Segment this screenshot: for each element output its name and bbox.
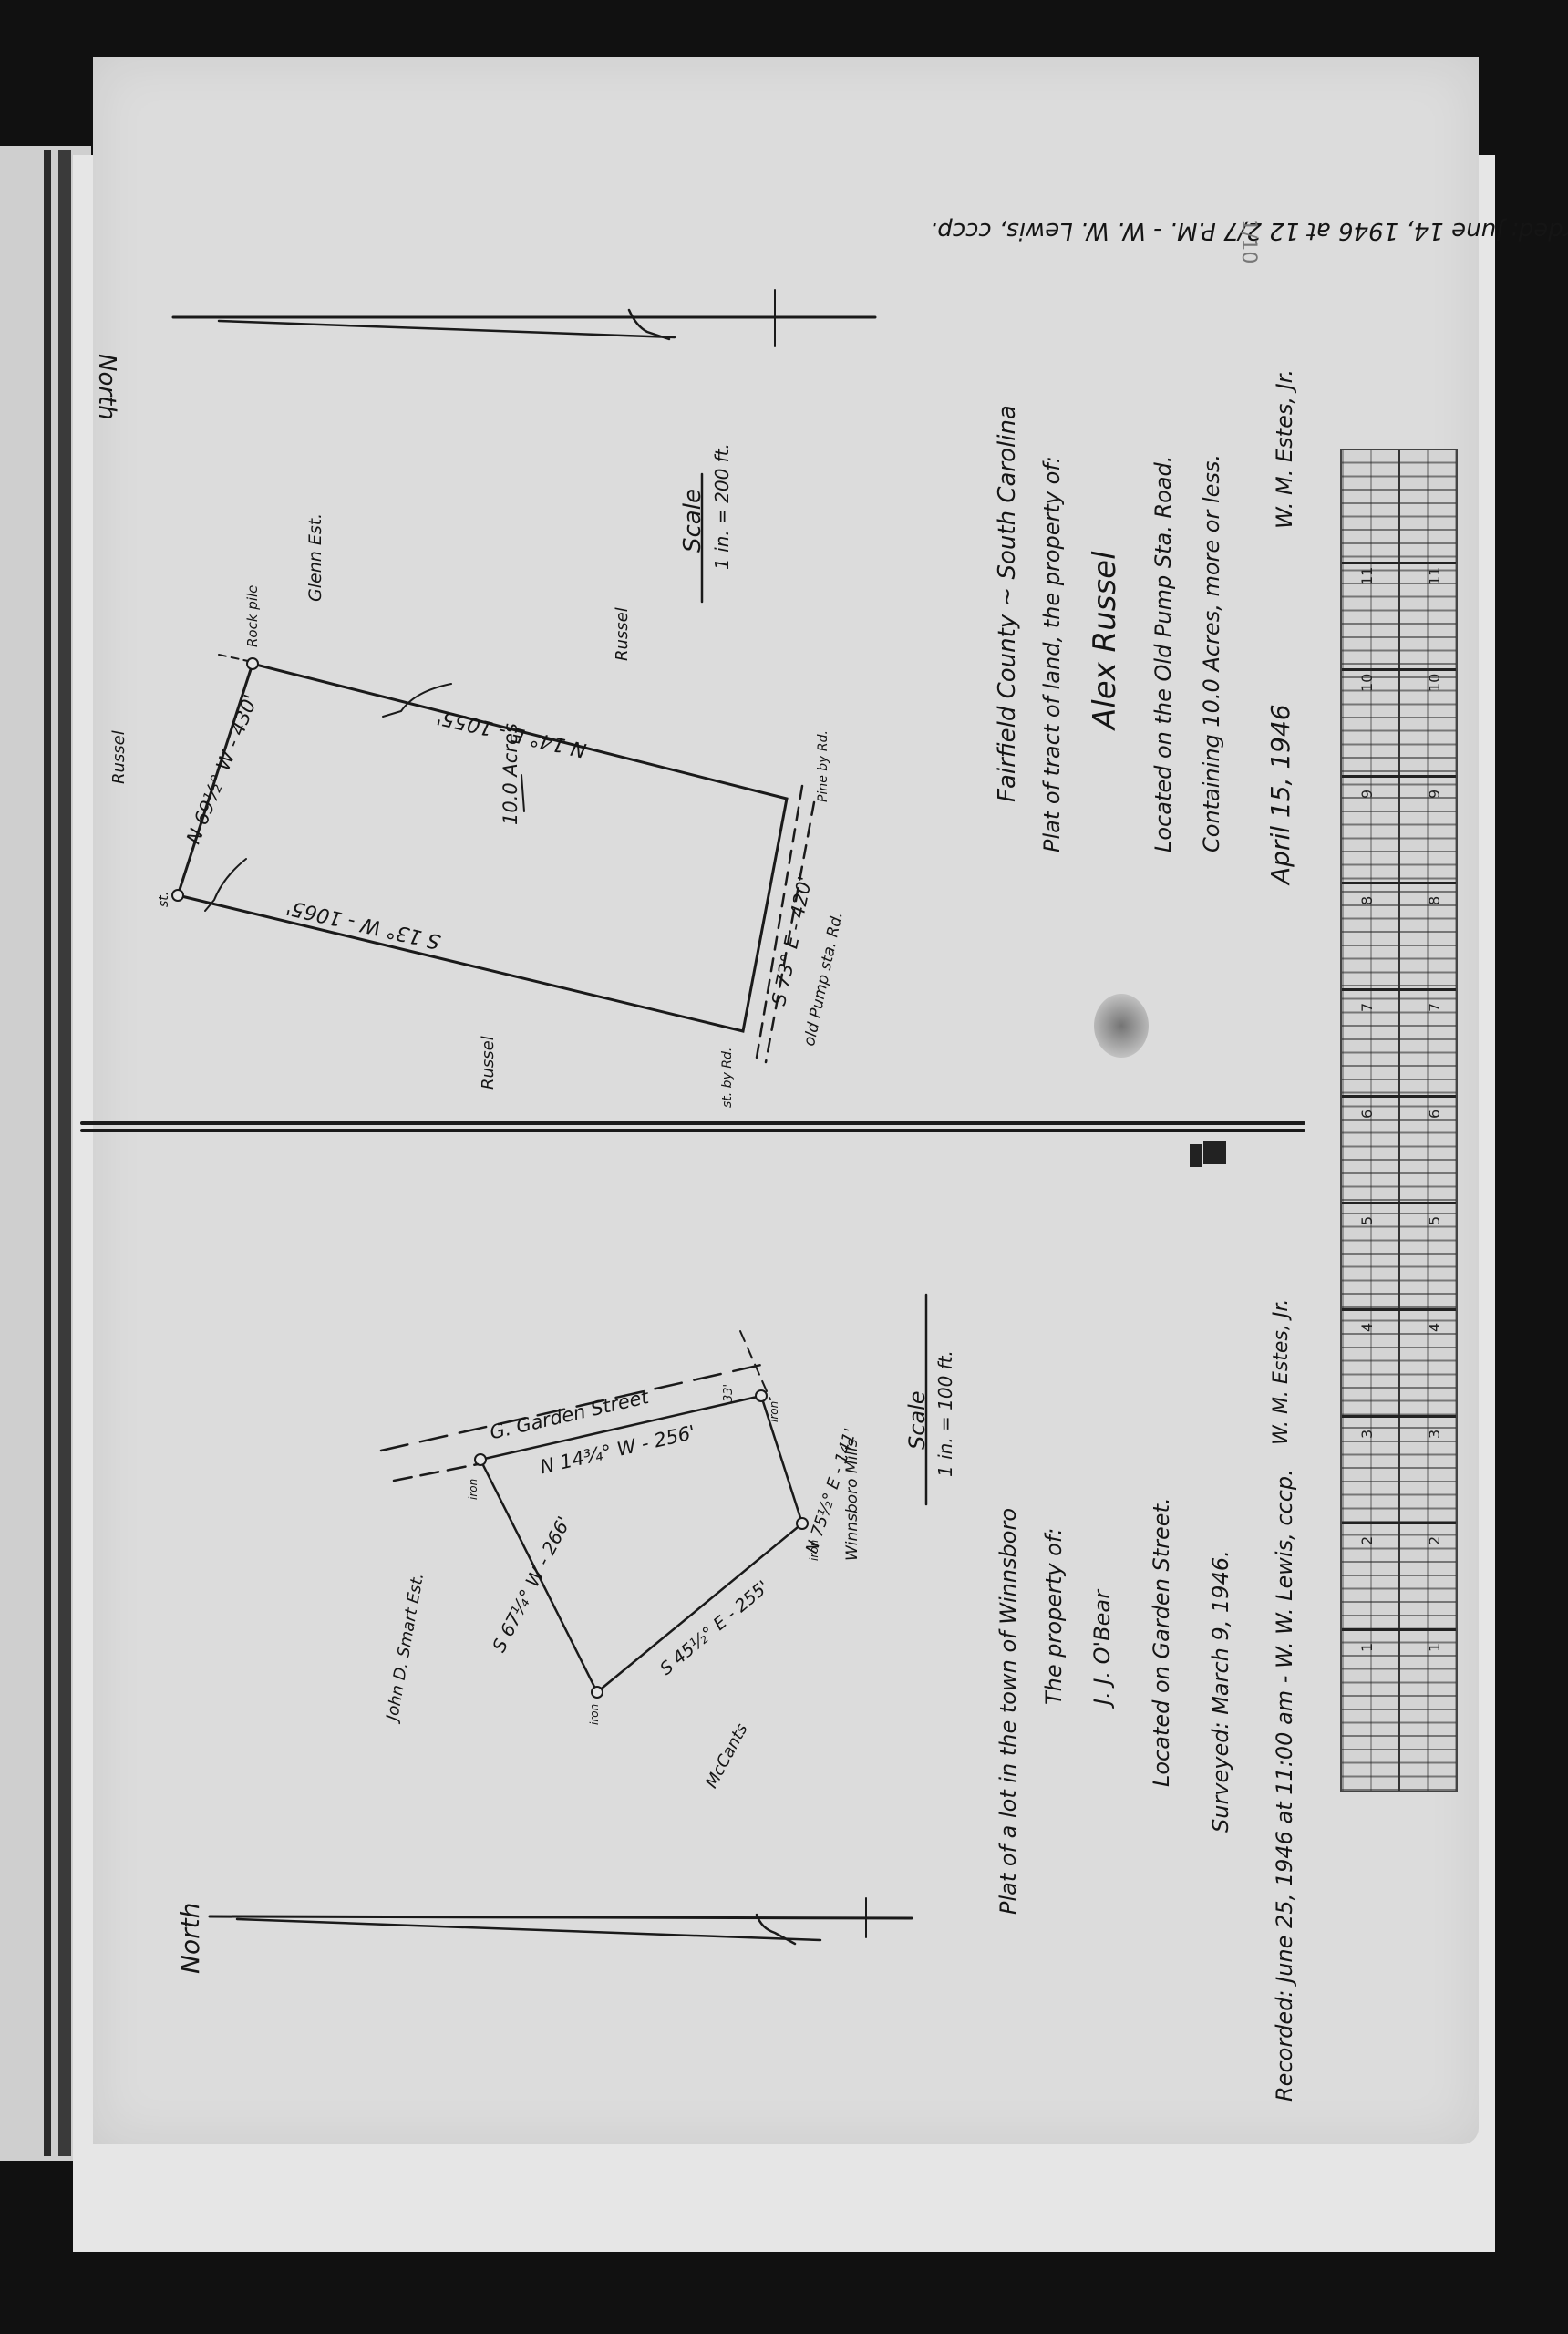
scale-value-bottom: 1 in. = 100 ft. xyxy=(934,1350,956,1477)
scale-title-top: Scale xyxy=(679,489,707,553)
adjoiner-glenn: Glenn Est. xyxy=(305,513,325,602)
corner-iron: iron xyxy=(768,1401,780,1422)
ruler-number: 3 xyxy=(1358,1430,1376,1439)
ink-blot xyxy=(1190,1144,1202,1167)
ruler-major-tick xyxy=(1342,562,1456,564)
street-offset: 33' xyxy=(722,1384,736,1402)
north-label-top: North xyxy=(93,354,120,420)
ruler-number: 11 xyxy=(1426,567,1443,585)
county-line: Fairfield County ~ South Carolina xyxy=(994,405,1021,802)
page-number: 1/10 xyxy=(1237,219,1260,263)
date-top: April 15, 1946 xyxy=(1265,704,1295,884)
ruler-major-tick xyxy=(1342,1628,1456,1631)
adjoiner-russel-left: Russel xyxy=(109,730,129,784)
corner-rock-pile: Rock pile xyxy=(244,585,261,647)
adjoiner-mills: Winnsboro Mills xyxy=(843,1439,861,1561)
area-label: 10.0 Acres xyxy=(500,723,521,825)
plat-drawing xyxy=(0,0,1568,2334)
ruler-number: 5 xyxy=(1358,1216,1376,1225)
surveyor-top: W. M. Estes, Jr. xyxy=(1272,369,1297,529)
corner-pine-by-rd: Pine by Rd. xyxy=(816,730,830,802)
ruler-number: 7 xyxy=(1426,1003,1443,1012)
ruler-number: 4 xyxy=(1358,1323,1376,1332)
owner-obear: J. J. O'Bear xyxy=(1089,1590,1115,1705)
measuring-ruler: 1 2 3 4 5 6 7 8 9 10 11 1 2 3 4 5 6 7 8 … xyxy=(1340,449,1458,1792)
ruler-number: 9 xyxy=(1358,790,1376,799)
adjoiner-russel-bottom: Russel xyxy=(479,1036,498,1090)
ruler-major-tick xyxy=(1342,1095,1456,1098)
ruler-number: 7 xyxy=(1358,1003,1376,1012)
ruler-major-tick xyxy=(1342,1308,1456,1311)
ruler-major-tick xyxy=(1342,1415,1456,1418)
ruler-number: 8 xyxy=(1358,896,1376,905)
containing-line: Containing 10.0 Acres, more or less. xyxy=(1199,454,1224,852)
ruler-number: 10 xyxy=(1358,674,1376,692)
ruler-number: 6 xyxy=(1358,1110,1376,1119)
owner-alex-russel: Alex Russel xyxy=(1087,551,1123,729)
ruler-major-tick xyxy=(1342,668,1456,671)
corner-stone-by-rd: st. by Rd. xyxy=(720,1048,735,1108)
property-line: The property of: xyxy=(1041,1528,1067,1705)
ruler-major-tick xyxy=(1342,882,1456,884)
ruler-number: 9 xyxy=(1426,790,1443,799)
north-label-bottom: North xyxy=(175,1903,205,1974)
scale-value-top: 1 in. = 200 ft. xyxy=(711,443,733,570)
ruler-number: 1 xyxy=(1358,1643,1376,1652)
ruler-number: 10 xyxy=(1426,674,1443,692)
surveyor-bottom: W. M. Estes, Jr. xyxy=(1270,1299,1293,1445)
ruler-number: 5 xyxy=(1426,1216,1443,1225)
ink-blot xyxy=(1203,1141,1226,1164)
ruler-number: 6 xyxy=(1426,1110,1443,1119)
ruler-major-tick xyxy=(1342,988,1456,991)
adjoiner-russel-right: Russel xyxy=(613,607,632,661)
ruler-number: 11 xyxy=(1358,567,1376,585)
location-line-top: Located on the Old Pump Sta. Road. xyxy=(1150,456,1176,852)
lot-line: Plat of a lot in the town of Winnsboro xyxy=(995,1508,1021,1915)
ruler-number: 8 xyxy=(1426,896,1443,905)
ruler-number: 3 xyxy=(1426,1430,1443,1439)
ruler-center-line xyxy=(1398,450,1400,1791)
corner-iron: iron xyxy=(467,1479,480,1500)
ruler-number: 4 xyxy=(1426,1323,1443,1332)
ruler-major-tick xyxy=(1342,1522,1456,1524)
ruler-number: 2 xyxy=(1426,1536,1443,1545)
corner-iron: iron xyxy=(808,1540,820,1561)
location-line-bottom: Located on Garden Street. xyxy=(1149,1497,1174,1787)
corner-stone: st. xyxy=(157,892,171,907)
ruler-major-tick xyxy=(1342,1202,1456,1204)
surveyed-date: Surveyed: March 9, 1946. xyxy=(1208,1550,1233,1833)
recording-note-bottom: Recorded: June 25, 1946 at 11:00 am - W.… xyxy=(1272,1469,1297,2102)
scale-title-bottom: Scale xyxy=(904,1390,930,1450)
tract-line: Plat of tract of land, the property of: xyxy=(1039,456,1065,852)
ink-smudge xyxy=(1094,994,1149,1058)
ruler-number: 1 xyxy=(1426,1643,1443,1652)
ruler-number: 2 xyxy=(1358,1536,1376,1545)
ruler-major-tick xyxy=(1342,775,1456,778)
corner-iron: iron xyxy=(588,1704,601,1725)
